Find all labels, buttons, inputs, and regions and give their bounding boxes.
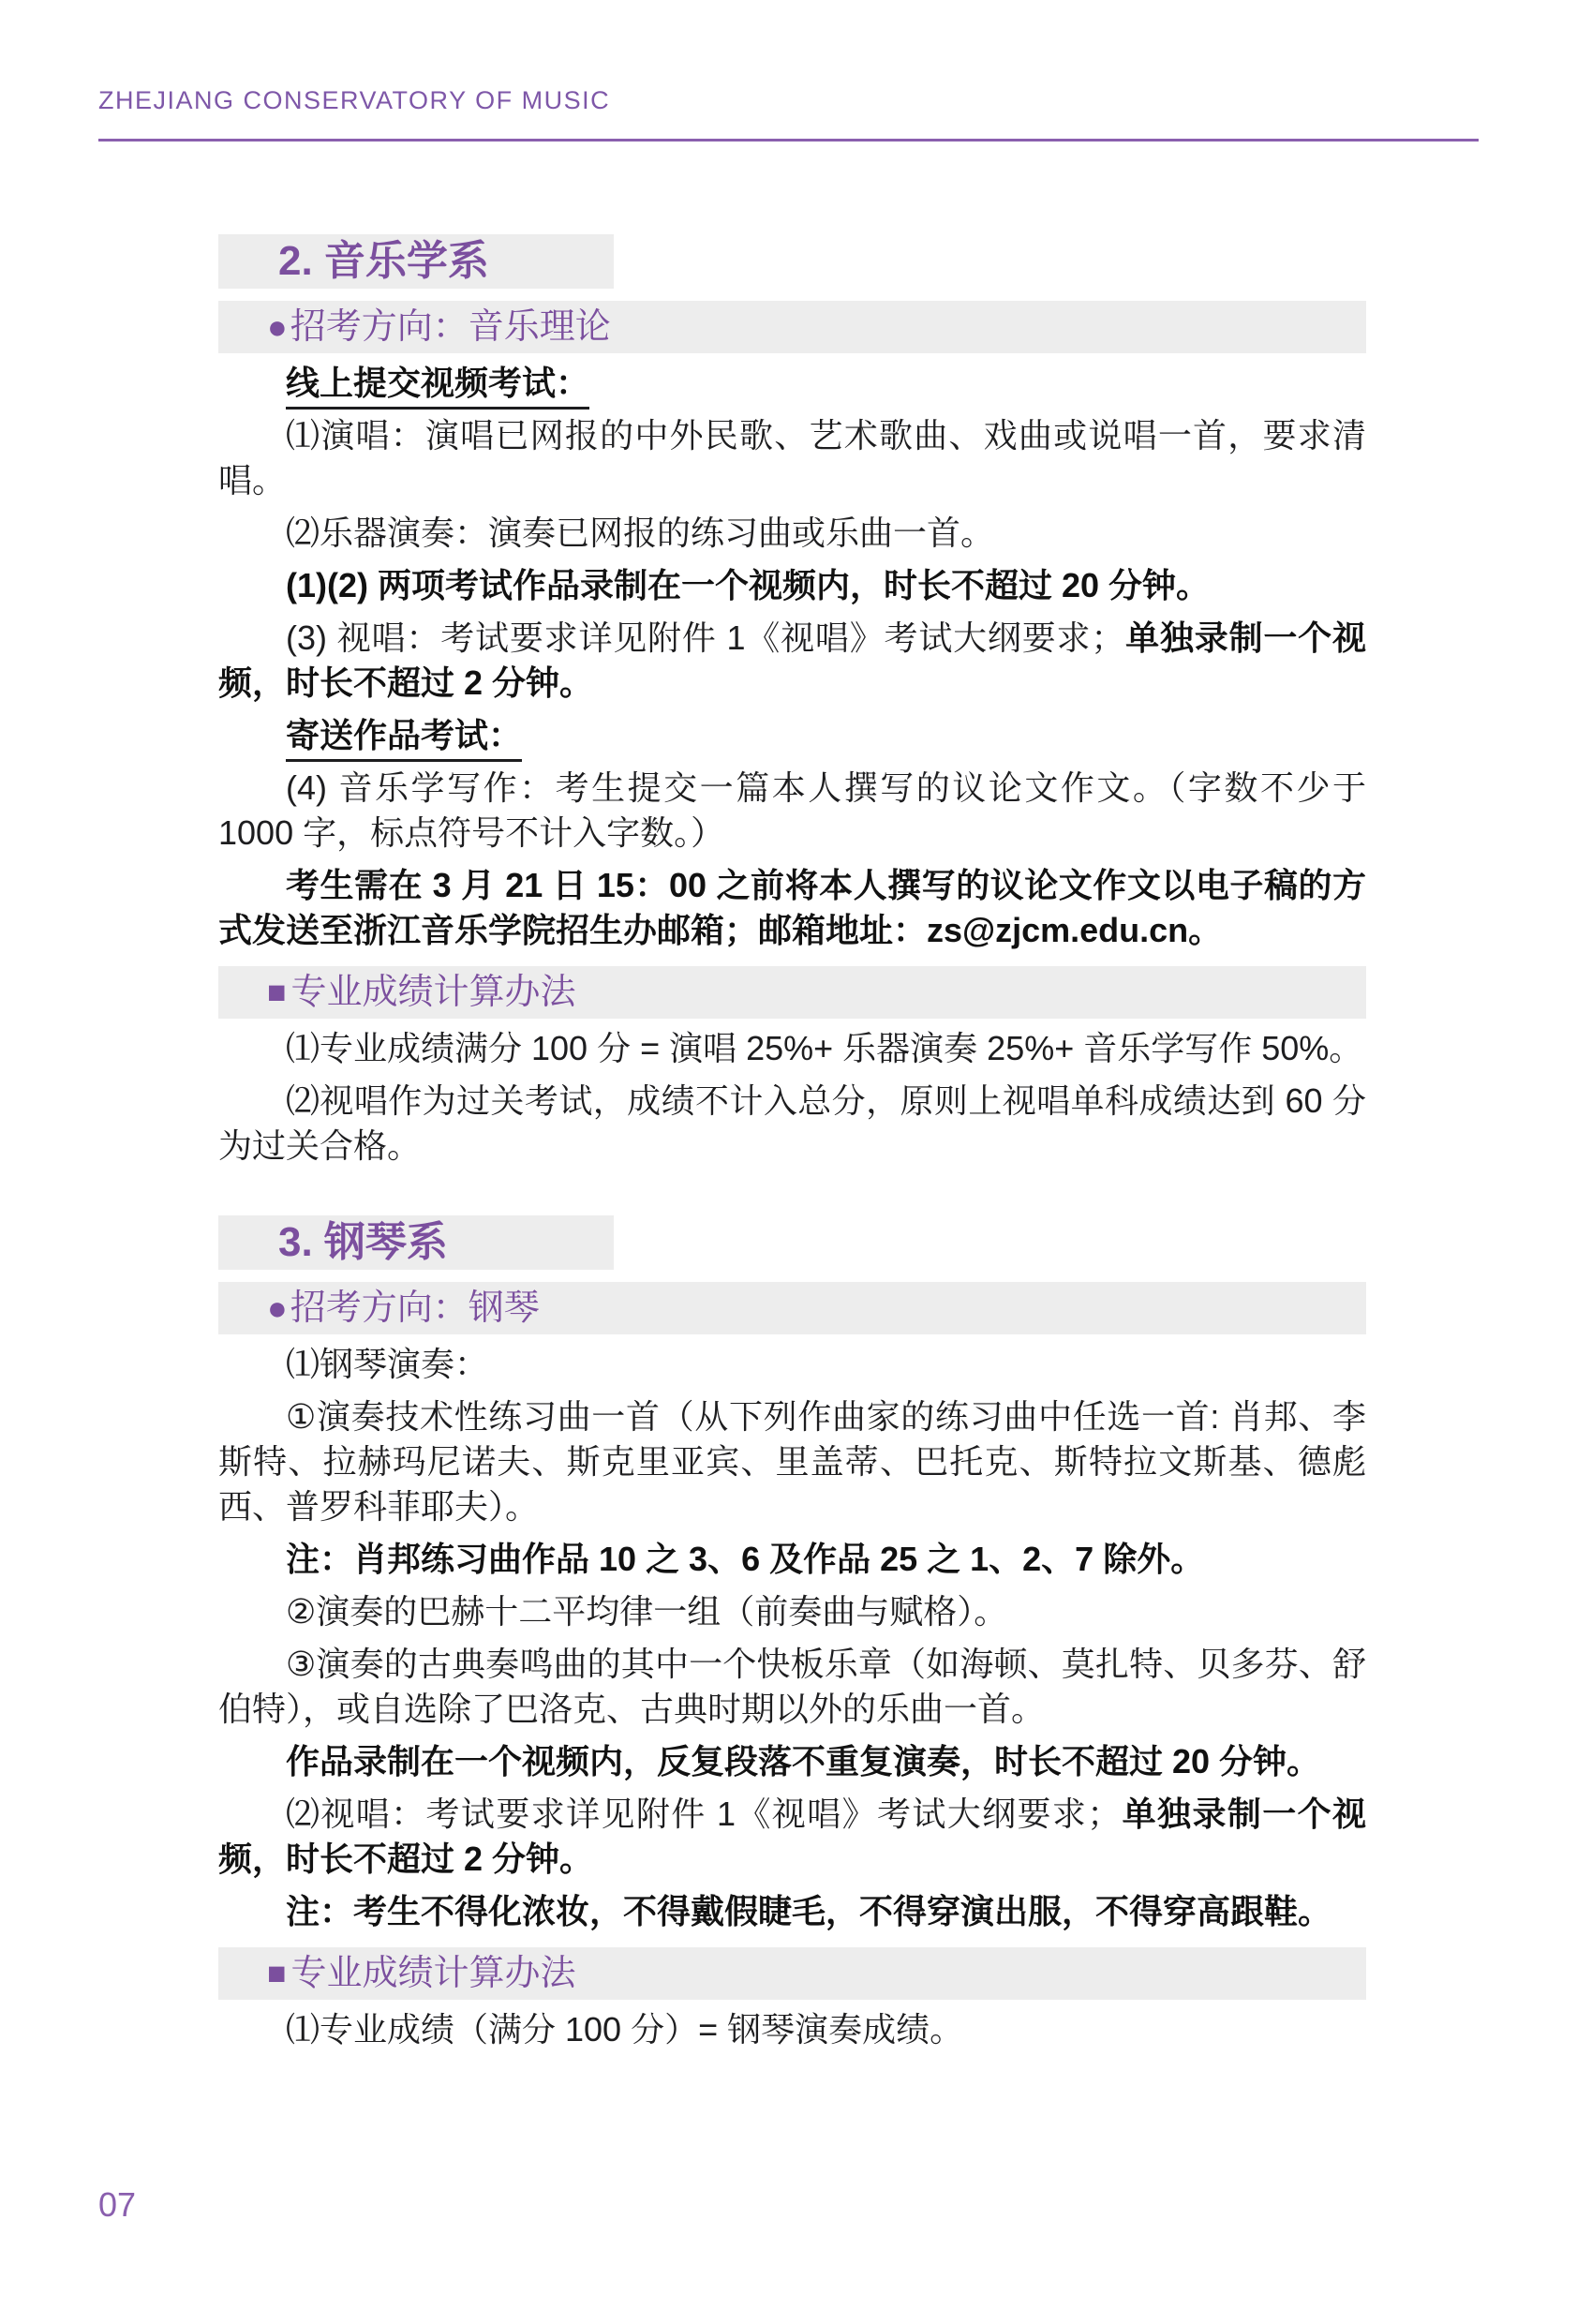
- para-calc-pass-rule: ⑵视唱作为过关考试，成绩不计入总分，原则上视唱单科成绩达到 60 分为过关合格。: [218, 1079, 1366, 1169]
- square-bullet-icon: ■: [267, 1958, 287, 1989]
- page-header: ZHEJIANG CONSERVATORY OF MUSIC: [98, 86, 610, 115]
- calc-method-bar: ■ 专业成绩计算办法: [218, 1947, 1366, 2000]
- circle-bullet-icon: ●: [267, 310, 288, 344]
- calc-method-label: 专业成绩计算办法: [291, 970, 576, 1015]
- page-number: 07: [98, 2185, 136, 2225]
- para-deadline-email: 考生需在 3 月 21 日 15：00 之前将本人撰写的议论文作文以电子稿的方式…: [218, 863, 1366, 953]
- para-sightsinging: (3) 视唱：考试要求详见附件 1《视唱》考试大纲要求；单独录制一个视频，时长不…: [218, 616, 1366, 706]
- para-writing: (4) 音乐学写作：考生提交一篇本人撰写的议论文作文。（字数不少于 1000 字…: [218, 766, 1366, 856]
- para-etude: ①演奏技术性练习曲一首（从下列作曲家的练习曲中任选一首: 肖邦、李斯特、拉赫玛尼…: [218, 1394, 1366, 1529]
- sightsinging-requirement: ⑵视唱：考试要求详见附件 1《视唱》考试大纲要求；: [286, 1795, 1121, 1833]
- document-page: ZHEJIANG CONSERVATORY OF MUSIC 2. 音乐学系 ●…: [0, 0, 1577, 2324]
- para-calc-formula: ⑴专业成绩满分 100 分 = 演唱 25%+ 乐器演奏 25%+ 音乐学写作 …: [218, 1026, 1366, 1071]
- calc-method-label: 专业成绩计算办法: [291, 1951, 576, 1996]
- para-sonata: ③演奏的古典奏鸣曲的其中一个快板乐章（如海顿、莫扎特、贝多芬、舒伯特），或自选除…: [218, 1642, 1366, 1732]
- para-dress-note: 注：考生不得化浓妆，不得戴假睫毛，不得穿演出服，不得穿高跟鞋。: [218, 1889, 1366, 1934]
- direction-bar: ● 招考方向：音乐理论: [218, 301, 1366, 353]
- direction-label: 招考方向：音乐理论: [290, 305, 611, 350]
- para-sightsinging: ⑵视唱：考试要求详见附件 1《视唱》考试大纲要求；单独录制一个视频，时长不超过 …: [218, 1792, 1366, 1882]
- para-mail-exam-heading: 寄送作品考试：: [218, 713, 1366, 758]
- para-combined-video: (1)(2) 两项考试作品录制在一个视频内，时长不超过 20 分钟。: [218, 563, 1366, 608]
- para-instrument: ⑵乐器演奏：演奏已网报的练习曲或乐曲一首。: [218, 511, 1366, 556]
- section-musicology: 2. 音乐学系 ● 招考方向：音乐理论 线上提交视频考试： ⑴演唱：演唱已网报的…: [218, 234, 1366, 1169]
- para-bach: ②演奏的巴赫十二平均律一组（前奏曲与赋格）。: [218, 1589, 1366, 1634]
- direction-bar: ● 招考方向：钢琴: [218, 1282, 1366, 1334]
- square-bullet-icon: ■: [267, 976, 287, 1008]
- direction-label: 招考方向：钢琴: [290, 1286, 540, 1331]
- section-piano: 3. 钢琴系 ● 招考方向：钢琴 ⑴钢琴演奏： ①演奏技术性练习曲一首（从下列作…: [218, 1215, 1366, 2052]
- para-calc-formula: ⑴专业成绩（满分 100 分）= 钢琴演奏成绩。: [218, 2007, 1366, 2052]
- circle-bullet-icon: ●: [267, 1291, 288, 1325]
- header-divider: [98, 139, 1479, 142]
- section-title-box: 3. 钢琴系: [218, 1215, 614, 1270]
- mail-exam-heading: 寄送作品考试：: [286, 716, 522, 762]
- section-title: 2. 音乐学系: [278, 239, 489, 284]
- para-singing: ⑴演唱：演唱已网报的中外民歌、艺术歌曲、戏曲或说唱一首，要求清唱。: [218, 413, 1366, 503]
- para-online-exam-heading: 线上提交视频考试：: [218, 361, 1366, 406]
- section-title: 3. 钢琴系: [278, 1220, 448, 1265]
- para-etude-note: 注：肖邦练习曲作品 10 之 3、6 及作品 25 之 1、2、7 除外。: [218, 1537, 1366, 1582]
- para-piano-performance: ⑴钢琴演奏：: [218, 1342, 1366, 1387]
- conservatory-name: ZHEJIANG CONSERVATORY OF MUSIC: [98, 86, 610, 114]
- online-exam-heading: 线上提交视频考试：: [286, 364, 589, 410]
- calc-method-bar: ■ 专业成绩计算办法: [218, 966, 1366, 1019]
- para-video-limit: 作品录制在一个视频内，反复段落不重复演奏，时长不超过 20 分钟。: [218, 1739, 1366, 1784]
- document-content: 2. 音乐学系 ● 招考方向：音乐理论 线上提交视频考试： ⑴演唱：演唱已网报的…: [218, 234, 1366, 2060]
- section-title-box: 2. 音乐学系: [218, 234, 614, 289]
- sightsinging-requirement: (3) 视唱：考试要求详见附件 1《视唱》考试大纲要求；: [286, 618, 1124, 657]
